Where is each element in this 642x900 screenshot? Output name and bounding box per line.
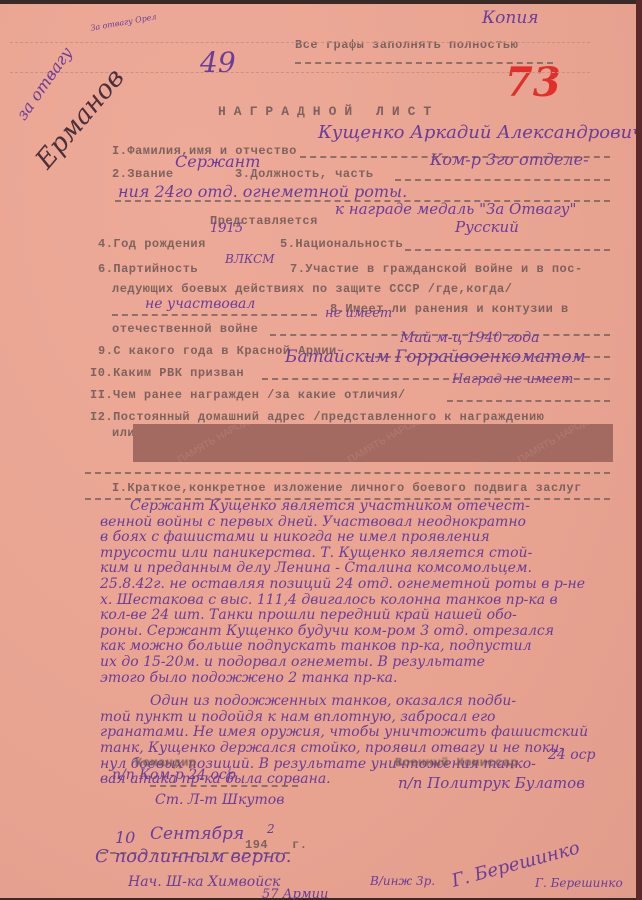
document-title: НАГРАДНОЙ ЛИСТ [218, 104, 439, 119]
narrative-line: роны. Сержант Кущенко будучи ком-ром 3 о… [100, 623, 554, 639]
narrative-line: танк, Кущенко держался стойко, проявил о… [100, 740, 564, 756]
field-1-value: Кущенко Аркадий Александрович [318, 122, 642, 143]
commander-name: Ст. Л-т Шкутов [155, 792, 284, 808]
field-8-value: не имеет [325, 306, 392, 321]
field-2-label: 2.Звание [112, 167, 174, 181]
field-7-label-2: ледующих боевых действиях по защите СССР… [112, 282, 512, 296]
page-edge [636, 0, 642, 900]
narrative-line: трусости или паникерства. Т. Кущенко явл… [100, 545, 532, 561]
field-6-label: 6.Партийность [98, 262, 198, 276]
field-8-label-2: отечественной войне [112, 322, 258, 336]
field-5-value: Русский [455, 218, 519, 236]
signer-rank: В/инж 3р. [370, 874, 435, 888]
presented-value: к награде медаль "За Отвагу" [335, 200, 576, 218]
army-line: 57 Армии [262, 887, 328, 900]
field-9-value: Май м-ц 1940 года [400, 330, 540, 346]
award-sheet-page: Копия Все графы заполнять полностью 49 7… [0, 4, 636, 898]
narrative-line: ким и преданным делу Ленина - Сталина ко… [100, 560, 532, 576]
field-10-label: I0.Каким РВК призван [90, 366, 244, 380]
field-5-label: 5.Национальность [280, 237, 403, 251]
field-3-value-1: Ком-р 3го отделе- [430, 150, 588, 169]
signer-name: Г. Берешинко [535, 876, 623, 890]
date-year-hand: 2 [267, 822, 275, 836]
field-10-value: Батайским Горрайвоенкоматом [285, 347, 586, 367]
document-number: 49 [200, 46, 236, 79]
narrative-line: той пункт и подойдя к нам вплотную, забр… [100, 709, 496, 725]
narrative-line: Один из подожженных танков, оказался под… [150, 693, 516, 709]
red-mark: 73 [505, 59, 561, 106]
staff-line: Нач. Ш-ка Химвойск [128, 874, 280, 890]
field-6-value: ВЛКСМ [225, 252, 275, 266]
narrative-line: венной войны с первых дней. Участвовал н… [100, 514, 526, 530]
commissar-label: Военный Комиссар [395, 756, 518, 770]
resolution-note: За отвагу Орел [90, 12, 157, 32]
redacted-address: ПАМЯТЬ НАРОДА ПАМЯТЬ НАРОДА ПАМЯТЬ НАРОД… [133, 424, 613, 462]
narrative-line: гранатами. Не имея оружия, чтобы уничтож… [100, 724, 588, 740]
commissar-unit: 24 оср [548, 747, 596, 763]
field-11-value: Наград не имеет [452, 372, 573, 387]
instruction-text: Все графы заполнять полностью [295, 38, 518, 52]
section-heading: I.Краткое,конкретное изложение личного б… [112, 481, 582, 495]
field-4-value: 1915 [210, 221, 243, 236]
commander-value: п/п Ком-р 24 оср [112, 767, 236, 783]
field-3-label: 3.Должность, часть [235, 167, 374, 181]
verified-copy: С подлинным верно. [95, 846, 291, 867]
date-day: 10 [115, 828, 135, 847]
copy-mark: Копия [482, 8, 539, 28]
field-3-value-2: ния 24го отд. огнеметной роты. [118, 182, 407, 201]
narrative-line: как можно больше подпускать танков пр-ка… [100, 638, 531, 654]
narrative-line: их до 15-20м. и подорвал огнеметы. В рез… [100, 654, 485, 670]
commissar-name: п/п Политрук Булатов [398, 774, 585, 792]
field-4-label: 4.Год рождения [98, 237, 206, 251]
date-suffix: г. [292, 838, 307, 852]
narrative-line: Сержант Кущенко является участником отеч… [130, 498, 530, 514]
field-11-label: II.Чем ранее награжден /за какие отличия… [90, 388, 406, 402]
field-12-label-1: I2.Постоянный домашний адрес /представле… [90, 410, 544, 424]
field-7-value: не участвовал [145, 296, 255, 312]
narrative-line: кол-ве 24 шт. Танки прошли передний край… [100, 607, 517, 623]
narrative-line: 25.8.42г. не оставляя позиций 24 отд. ог… [100, 576, 585, 592]
narrative-line: х. Шестакова с выс. 111,4 двигалось коло… [100, 592, 558, 608]
narrative-line: этого было подожжено 2 танка пр-ка. [100, 670, 397, 686]
field-7-label-1: 7.Участие в гражданской войне и в пос- [290, 262, 583, 276]
narrative-line: в боях с фашистами и никогда не имел про… [100, 529, 490, 545]
date-month: Сентября [150, 824, 244, 844]
